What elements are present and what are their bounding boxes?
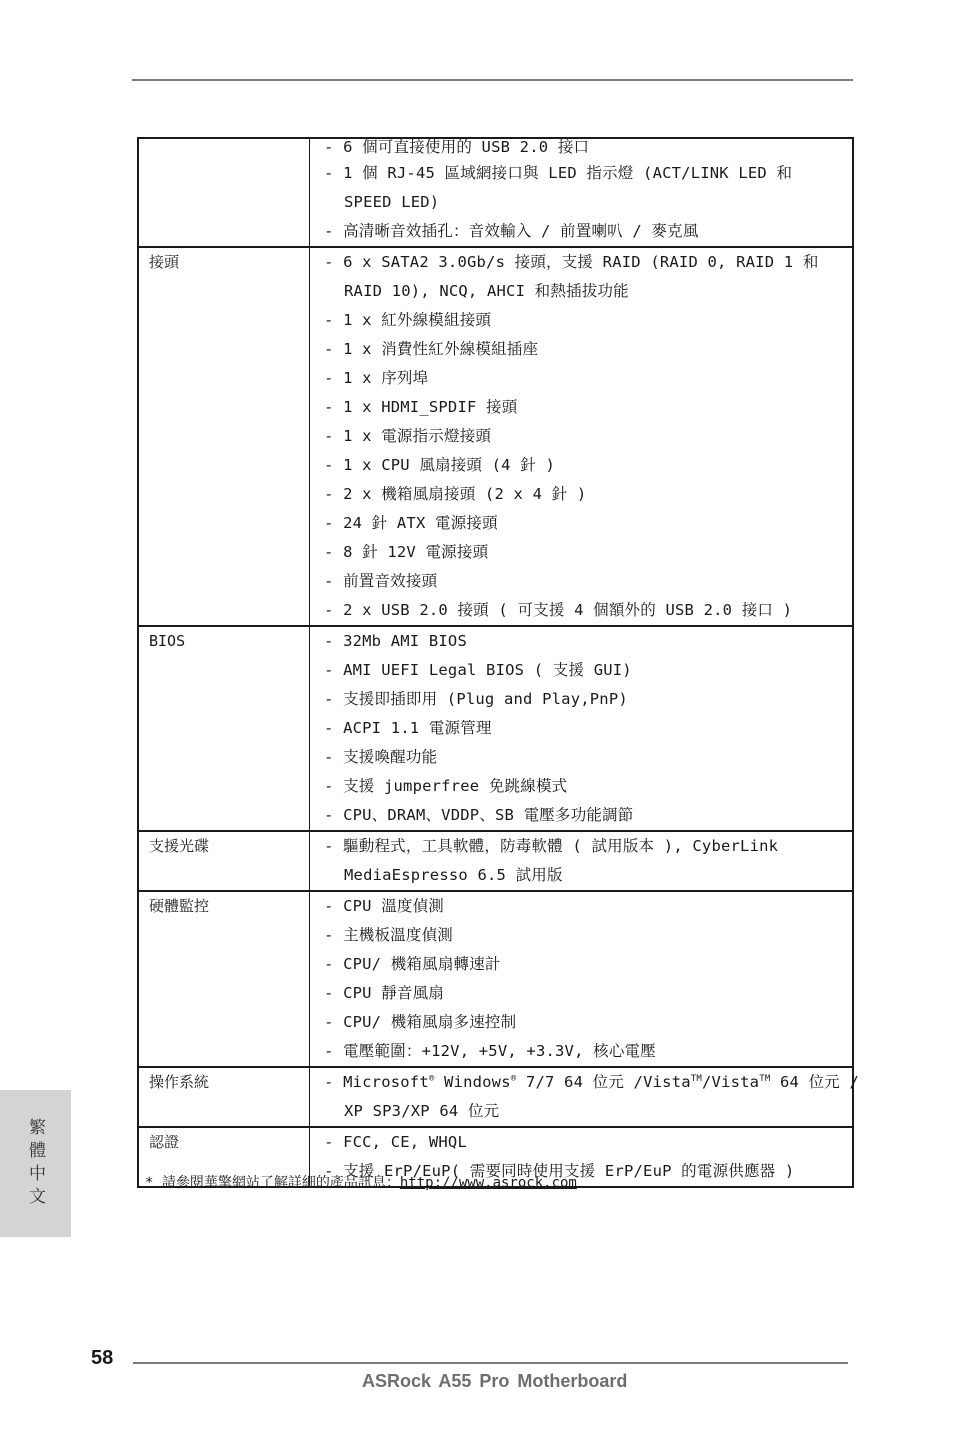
list-item: RAID 10), NCQ, AHCI 和熱插拔功能 (324, 277, 852, 306)
list-item: - CPU/ 機箱風扇轉速計 (324, 950, 852, 979)
list-item: - 主機板溫度偵測 (324, 921, 852, 950)
list-item: - 1 x 紅外線模組接頭 (324, 306, 852, 335)
list-item: - 2 x 機箱風扇接頭 (2 x 4 針 ) (324, 480, 852, 509)
list-item: SPEED LED) (324, 188, 852, 217)
trademark-mark: TM (759, 1074, 770, 1084)
list-item: - 前置音效接頭 (324, 567, 852, 596)
list-item: - 6 個可直接使用的 USB 2.0 接口 (324, 139, 852, 159)
list-item: - 6 x SATA2 3.0Gb/s 接頭，支援 RAID (RAID 0, … (324, 248, 852, 277)
table-row-lan: - 6 個可直接使用的 USB 2.0 接口 - 1 個 RJ-45 區域網接口… (138, 138, 853, 247)
row-items: - 6 x SATA2 3.0Gb/s 接頭，支援 RAID (RAID 0, … (310, 247, 854, 626)
table-row-os: 操作系統 - Microsoft® Windows® 7/7 64 位元 /Vi… (138, 1067, 853, 1127)
language-side-tab: 繁體中文 (0, 1090, 71, 1237)
list-item: - 1 x HDMI_SPDIF 接頭 (324, 393, 852, 422)
footer-rule (133, 1362, 848, 1364)
list-item: - 支援喚醒功能 (324, 743, 852, 772)
list-item: - CPU、DRAM、VDDP、SB 電壓多功能調節 (324, 801, 852, 830)
footer-title: ASRock A55 Pro Motherboard (362, 1371, 627, 1392)
list-item: - 1 x 電源指示燈接頭 (324, 422, 852, 451)
list-item: - 24 針 ATX 電源接頭 (324, 509, 852, 538)
list-item: - 8 針 12V 電源接頭 (324, 538, 852, 567)
row-items: - 6 個可直接使用的 USB 2.0 接口 - 1 個 RJ-45 區域網接口… (310, 138, 854, 247)
list-item: - 支援即插即用 (Plug and Play,PnP) (324, 685, 852, 714)
list-item: - 1 個 RJ-45 區域網接口與 LED 指示燈 (ACT/LINK LED… (324, 159, 852, 188)
list-item: - CPU/ 機箱風扇多速控制 (324, 1008, 852, 1037)
table-row-bios: BIOS - 32Mb AMI BIOS - AMI UEFI Legal BI… (138, 626, 853, 831)
row-items: - 驅動程式，工具軟體，防毒軟體 ( 試用版本 ), CyberLink Med… (310, 831, 854, 891)
list-item: - 2 x USB 2.0 接頭 ( 可支援 4 個額外的 USB 2.0 接口… (324, 596, 852, 625)
list-item: - 電壓範圍：+12V, +5V, +3.3V, 核心電壓 (324, 1037, 852, 1066)
list-item: MediaEspresso 6.5 試用版 (324, 861, 852, 890)
list-item: - FCC, CE, WHQL (324, 1128, 852, 1157)
language-label: 繁體中文 (23, 1118, 48, 1210)
row-label: 接頭 (138, 247, 310, 626)
list-item: - AMI UEFI Legal BIOS ( 支援 GUI) (324, 656, 852, 685)
list-item: - CPU 靜音風扇 (324, 979, 852, 1008)
trademark-mark: TM (691, 1074, 702, 1084)
footnote-text: * 請參閱華擎網站了解詳細的產品訊息： (145, 1175, 400, 1191)
list-item: - CPU 溫度偵測 (324, 892, 852, 921)
row-items: - 32Mb AMI BIOS - AMI UEFI Legal BIOS ( … (310, 626, 854, 831)
row-items: - CPU 溫度偵測 - 主機板溫度偵測 - CPU/ 機箱風扇轉速計 - CP… (310, 891, 854, 1067)
row-items: - Microsoft® Windows® 7/7 64 位元 /VistaTM… (310, 1067, 854, 1127)
row-label: 支援光碟 (138, 831, 310, 891)
list-item: - ACPI 1.1 電源管理 (324, 714, 852, 743)
row-label: 硬體監控 (138, 891, 310, 1067)
footnote: * 請參閱華擎網站了解詳細的產品訊息：http://www.asrock.com (145, 1172, 577, 1192)
list-item: - 1 x CPU 風扇接頭 (4 針 ) (324, 451, 852, 480)
list-item: - 1 x 序列埠 (324, 364, 852, 393)
page-number: 58 (91, 1347, 113, 1370)
header-rule (132, 79, 853, 81)
list-item: - 1 x 消費性紅外線模組插座 (324, 335, 852, 364)
row-label: BIOS (138, 626, 310, 831)
asrock-website-link[interactable]: http://www.asrock.com (400, 1175, 577, 1191)
list-item: XP SP3/XP 64 位元 (324, 1097, 852, 1126)
spec-table: - 6 個可直接使用的 USB 2.0 接口 - 1 個 RJ-45 區域網接口… (137, 137, 854, 1188)
list-item: - 32Mb AMI BIOS (324, 627, 852, 656)
row-label (138, 138, 310, 247)
row-label: 操作系統 (138, 1067, 310, 1127)
list-item: - 高清晰音效插孔：音效輸入 / 前置喇叭 / 麥克風 (324, 217, 852, 246)
list-item: - Microsoft® Windows® 7/7 64 位元 /VistaTM… (324, 1068, 852, 1097)
list-item: - 支援 jumperfree 免跳線模式 (324, 772, 852, 801)
table-row-support-cd: 支援光碟 - 驅動程式，工具軟體，防毒軟體 ( 試用版本 ), CyberLin… (138, 831, 853, 891)
list-item: - 驅動程式，工具軟體，防毒軟體 ( 試用版本 ), CyberLink (324, 832, 852, 861)
table-row-hardware-monitor: 硬體監控 - CPU 溫度偵測 - 主機板溫度偵測 - CPU/ 機箱風扇轉速計… (138, 891, 853, 1067)
table-row-connectors: 接頭 - 6 x SATA2 3.0Gb/s 接頭，支援 RAID (RAID … (138, 247, 853, 626)
